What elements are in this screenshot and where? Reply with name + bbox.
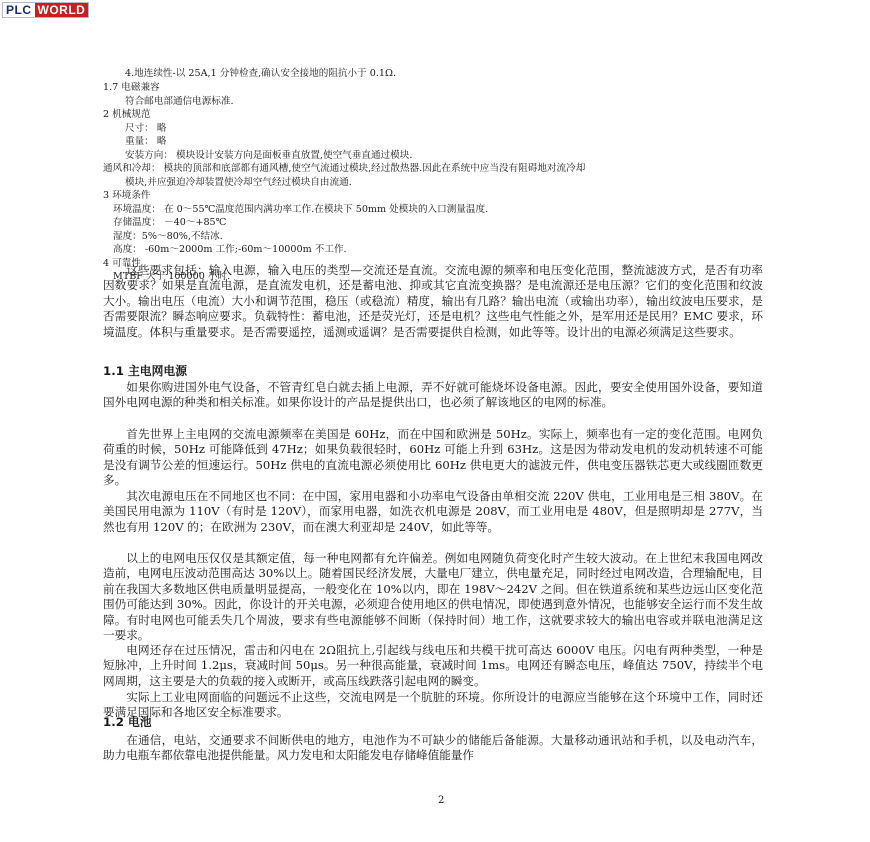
spec-line: 模块,并应强迫冷却装置使冷却空气经过模块自由流通.	[125, 176, 352, 190]
spec-line: 存储温度： －40～+85℃	[113, 216, 226, 230]
logo-world-text: WORLD	[35, 3, 89, 17]
spec-heading: 2 机械规范	[103, 108, 151, 122]
plc-world-logo: PLC WORLD	[2, 2, 89, 18]
logo-plc-text: PLC	[3, 3, 35, 17]
body-paragraph: 电网还存在过压情况，雷击和闪电在 2Ω阻抗上,引起线与线电压和共模干扰可高达 6…	[103, 643, 763, 689]
section-heading-1-2: 1.2 电池	[103, 715, 152, 730]
body-paragraph: 如果你购进国外电气设备，不管青红皂白就去插上电源，弄不好就可能烧坏设备电源。因此…	[103, 380, 763, 411]
spec-heading: 1.7 电磁兼容	[103, 81, 160, 95]
spec-line: 符合邮电部通信电源标准.	[125, 95, 234, 109]
body-paragraph: 首先世界上主电网的交流电源频率在美国是 60Hz，而在中国和欧洲是 50Hz。实…	[103, 427, 763, 489]
body-paragraph: 以上的电网电压仅仅是其额定值，每一种电网都有允许偏差。例如电网随负荷变化时产生较…	[103, 551, 763, 643]
spec-line: 环境温度： 在 0～55℃温度范围内满功率工作.在模块下 50mm 处模块的入口…	[113, 203, 488, 217]
page-number: 2	[438, 795, 444, 806]
spec-line: 湿度：5%～80%,不结冰.	[113, 230, 223, 244]
spec-line: 通风和冷却： 模块的顶部和底部都有通风槽,使空气流通过模块,经过散热器.因此在系…	[103, 162, 585, 176]
spec-heading: 3 环境条件	[103, 189, 151, 203]
spec-line: 高度： -60m～2000m 工作;-60m～10000m 不工作.	[113, 243, 347, 257]
body-paragraph: 其次电源电压在不同地区也不同：在中国，家用电器和小功率电气设备由单相交流 220…	[103, 489, 763, 535]
spec-line: 安装方向： 模块设计安装方向是面板垂直放置,使空气垂直通过模块.	[125, 149, 412, 163]
spec-line: 4.地连续性-以 25A,1 分钟检查,确认安全接地的阻抗小于 0.1Ω.	[125, 67, 396, 81]
body-paragraph: 实际上工业电网面临的问题远不止这些，交流电网是一个肮脏的环境。你所设计的电源应当…	[103, 690, 763, 721]
section-heading-1-1: 1.1 主电网电源	[103, 364, 187, 379]
spec-line: 重量： 略	[125, 135, 166, 149]
spec-line: 尺寸： 略	[125, 122, 166, 136]
body-paragraph: 在通信，电站，交通要求不间断供电的地方，电池作为不可缺少的储能后备能源。大量移动…	[103, 733, 763, 764]
requirements-paragraph: 这些要求包括：输入电源，输入电压的类型—交流还是直流。交流电源的频率和电压变化范…	[103, 263, 763, 340]
